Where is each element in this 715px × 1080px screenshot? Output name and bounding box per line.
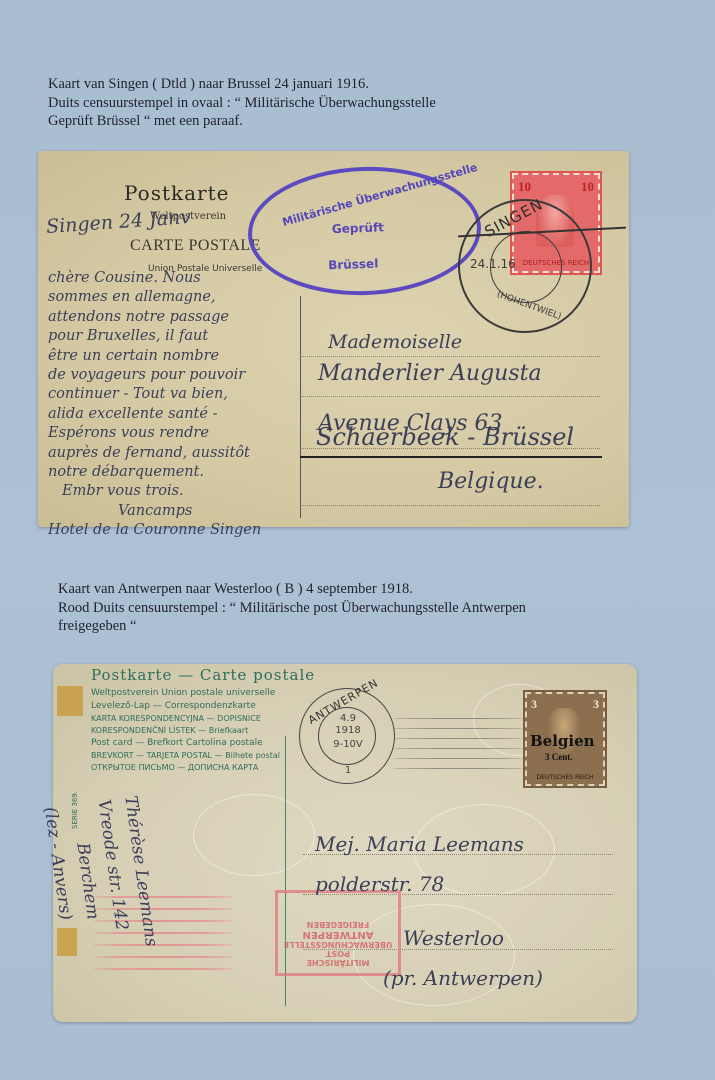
censor-line-1: Militärische Überwachungsstelle [281,161,479,229]
message-line: chère Cousine. Nous [48,269,261,288]
postcard-singen-brussel: Postkarte Weltpostverein CARTE POSTALE U… [38,151,629,527]
address-underline [300,456,602,458]
caption-card-2: Kaart van Antwerpen naar Westerloo ( B )… [58,580,526,636]
printed-title: Postkarte — Carte postale [91,666,315,684]
censor-line: ANTWERPEN [278,929,398,940]
address-line-1: Mademoiselle [328,331,462,353]
censor-line: POST [278,949,398,958]
printed-line: KARTA KORESPONDENCYJNA — DOPISNICE [91,714,261,723]
stamp-value: 3 [531,697,537,712]
message-line: attendons notre passage [48,308,261,327]
machine-cancel-line [393,728,523,729]
address-line-5: Belgique. [438,469,544,494]
printed-line: KORESPONDENČNÍ LÍSTEK — Briefkaart [91,726,248,735]
address-line-4: Schaerbeek - Brüssel [316,423,574,451]
printed-line: ОТКРЫТОЕ ПИСЬМО — ДОПИСНА КАРТА [91,763,258,772]
embossed-ornament [193,794,315,876]
printed-line: Weltpostverein Union postale universelle [91,688,275,698]
stamp-value: 10 [581,179,594,195]
address-line-2: Manderlier Augusta [318,361,542,386]
red-wavy-cancel [93,956,233,958]
printed-line: BREVKORT — TARJETA POSTAL — Bilhete post… [91,751,280,760]
message-address-divider [300,296,301,518]
address-line-2: polderstr. 78 [315,872,444,896]
caption-line: freigegeben “ [58,617,526,636]
censor-line: FREIGEGEBEN [278,920,398,929]
message-line: pour Bruxelles, il faut [48,327,261,346]
stamp-country: DEUTSCHES REICH [529,774,601,781]
censor-line: MILITÄRISCHE [278,958,398,967]
message-line: Vancamps [48,502,261,521]
caption-line: Kaart van Singen ( Dtld ) naar Brussel 2… [48,75,436,94]
postmark-singen: SINGEN 24.1.16 (HOHENTWIEL) [458,199,592,333]
handwritten-message: chère Cousine. Nous sommes en allemagne,… [48,269,261,541]
stamp-overprint: Belgien [530,732,595,750]
printed-line: Levelező-Lap — Correspondenzkarte [91,701,256,711]
caption-line: Kaart van Antwerpen naar Westerloo ( B )… [58,580,526,599]
caption-line: Geprüft Brüssel “ met een paraaf. [48,112,436,131]
message-line: Espérons vous rendre [48,424,261,443]
censor-stamp-oval: Militärische Überwachungsstelle Geprüft … [246,163,483,299]
caption-line: Rood Duits censuurstempel : “ Militärisc… [58,599,526,618]
message-line: continuer - Tout va bien, [48,385,261,404]
censor-stamp-red-box: MILITÄRISCHE POST ÜBERWACHUNGSSTELLE ANT… [275,890,401,976]
machine-cancel-line [393,748,523,749]
address-line-1: Mej. Maria Leemans [315,832,524,856]
stamp-value: 3 [593,697,599,712]
message-line: être un certain nombre [48,347,261,366]
machine-cancel-line [393,758,523,759]
stamp-value: 10 [518,179,531,195]
censor-line-2: Geprüft [332,220,384,236]
message-line: alida excellente santé - [48,405,261,424]
caption-card-1: Kaart van Singen ( Dtld ) naar Brussel 2… [48,75,436,131]
machine-cancel-line [393,738,523,739]
postmark-year: 1918 [328,725,368,736]
postcard-antwerpen-westerloo: Postkarte — Carte postale Weltpostverein… [53,664,637,1022]
message-line: auprès de fernand, aussitôt [48,444,261,463]
censor-line-3: Brüssel [328,257,379,273]
caption-line: Duits censuurstempel in ovaal : “ Militä… [48,94,436,113]
message-line: notre débarquement. [48,463,261,482]
message-line: de voyageurs pour pouvoir [48,366,261,385]
address-line-3: Westerloo [403,926,504,950]
address-line-4: (pr. Antwerpen) [383,966,543,990]
machine-cancel-line [393,768,523,769]
message-line: Embr vous trois. [48,482,261,501]
postmark-date: 4.9 [328,713,368,724]
address-line [300,396,600,397]
printed-line: Post card — Brefkort Cartolina postale [91,738,263,748]
stamp-overprint-value: 3 Cent. [545,752,573,762]
sender-address: Thérèse Leemans Vreode str. 142 Berchem … [36,794,164,960]
address-line [300,505,600,506]
postage-stamp-belgien-overprint: 3 3 Belgien 3 Cent. DEUTSCHES REICH [525,692,605,786]
address-line [300,356,600,357]
message-line: sommes en allemagne, [48,288,261,307]
red-wavy-cancel [93,968,233,970]
censor-line: ÜBERWACHUNGSSTELLE [278,940,398,949]
postmark-date: 24.1.16 [470,257,516,271]
postmark-number: 1 [328,765,368,776]
foxing-stain [57,686,83,716]
handwritten-place-date: Singen 24 Janv [45,206,191,238]
machine-cancel-line [393,718,523,719]
postmark-antwerpen: ANTWERPEN 4.9 1918 9-10V 1 [299,688,395,784]
message-line: Hotel de la Couronne Singen [48,521,261,540]
printed-title: Postkarte [124,181,229,205]
postmark-time: 9-10V [328,739,368,750]
printed-carte-postale: CARTE POSTALE [130,237,261,255]
